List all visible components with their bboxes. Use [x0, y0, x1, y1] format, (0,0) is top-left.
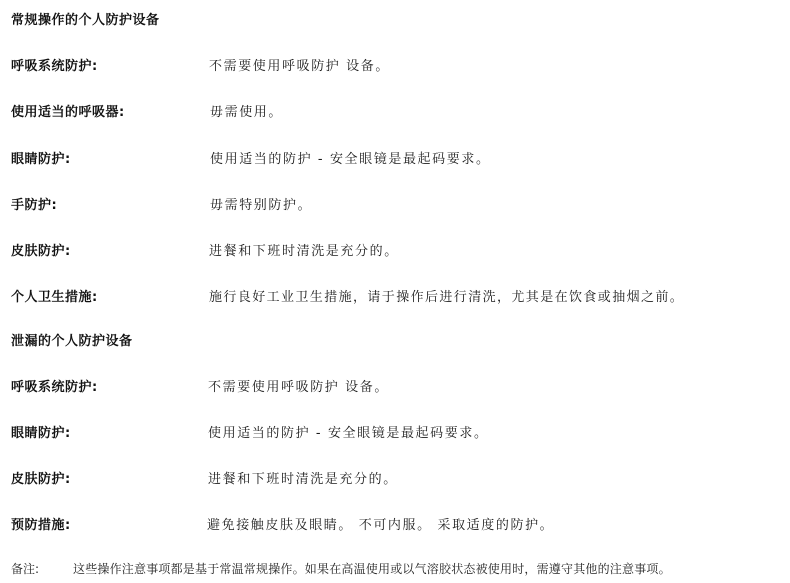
- field-label: 手防护:: [11, 194, 57, 213]
- field-label: 皮肤防护:: [11, 468, 71, 487]
- field-value: 毋需特别防护。: [210, 194, 312, 213]
- field-row-skin: 皮肤防护: 进餐和下班时清洗是充分的。: [0, 240, 790, 260]
- field-value: 不需要使用呼吸防护 设备。: [209, 55, 390, 74]
- note-text: 这些操作注意事项都是基于常温常规操作。如果在高温使用或以气溶胶状态被使用时，需遵…: [73, 560, 671, 577]
- field-label: 使用适当的呼吸器:: [11, 101, 125, 120]
- field-value: 毋需使用。: [210, 101, 283, 120]
- field-row-eye-spill: 眼睛防护: 使用适当的防护 - 安全眼镜是最起码要求。: [0, 422, 790, 442]
- field-value: 进餐和下班时清洗是充分的。: [208, 468, 398, 487]
- field-row-precautions: 预防措施: 避免接触皮肤及眼睛。 不可内服。 采取适度的防护。: [0, 514, 790, 534]
- field-label: 眼睛防护:: [11, 422, 71, 441]
- field-value: 进餐和下班时清洗是充分的。: [209, 240, 399, 259]
- field-value: 不需要使用呼吸防护 设备。: [208, 376, 389, 395]
- section-heading-spill-ppe: 泄漏的个人防护设备: [11, 330, 133, 349]
- field-label: 眼睛防护:: [11, 148, 71, 167]
- field-value: 使用适当的防护 - 安全眼镜是最起码要求。: [208, 422, 489, 441]
- field-value: 避免接触皮肤及眼睛。 不可内服。 采取适度的防护。: [207, 514, 554, 533]
- field-label: 皮肤防护:: [11, 240, 71, 259]
- field-row-respirator: 使用适当的呼吸器: 毋需使用。: [0, 101, 790, 121]
- field-label: 呼吸系统防护:: [11, 376, 98, 395]
- field-row-respiratory-spill: 呼吸系统防护: 不需要使用呼吸防护 设备。: [0, 376, 790, 396]
- field-value: 使用适当的防护 - 安全眼镜是最起码要求。: [210, 148, 491, 167]
- field-label: 预防措施:: [11, 514, 71, 533]
- field-value: 施行良好工业卫生措施，请于操作后进行清洗，尤其是在饮食或抽烟之前。: [209, 286, 684, 305]
- field-row-hand: 手防护: 毋需特别防护。: [0, 194, 790, 214]
- note-label: 备注:: [11, 560, 39, 577]
- field-row-hygiene: 个人卫生措施: 施行良好工业卫生措施，请于操作后进行清洗，尤其是在饮食或抽烟之前…: [0, 286, 790, 306]
- section-heading-routine-ppe: 常规操作的个人防护设备: [11, 9, 160, 28]
- field-row-skin-spill: 皮肤防护: 进餐和下班时清洗是充分的。: [0, 468, 790, 488]
- field-row-eye: 眼睛防护: 使用适当的防护 - 安全眼镜是最起码要求。: [0, 148, 790, 168]
- field-row-respiratory: 呼吸系统防护: 不需要使用呼吸防护 设备。: [0, 55, 790, 75]
- field-label: 个人卫生措施:: [11, 286, 98, 305]
- field-label: 呼吸系统防护:: [11, 55, 98, 74]
